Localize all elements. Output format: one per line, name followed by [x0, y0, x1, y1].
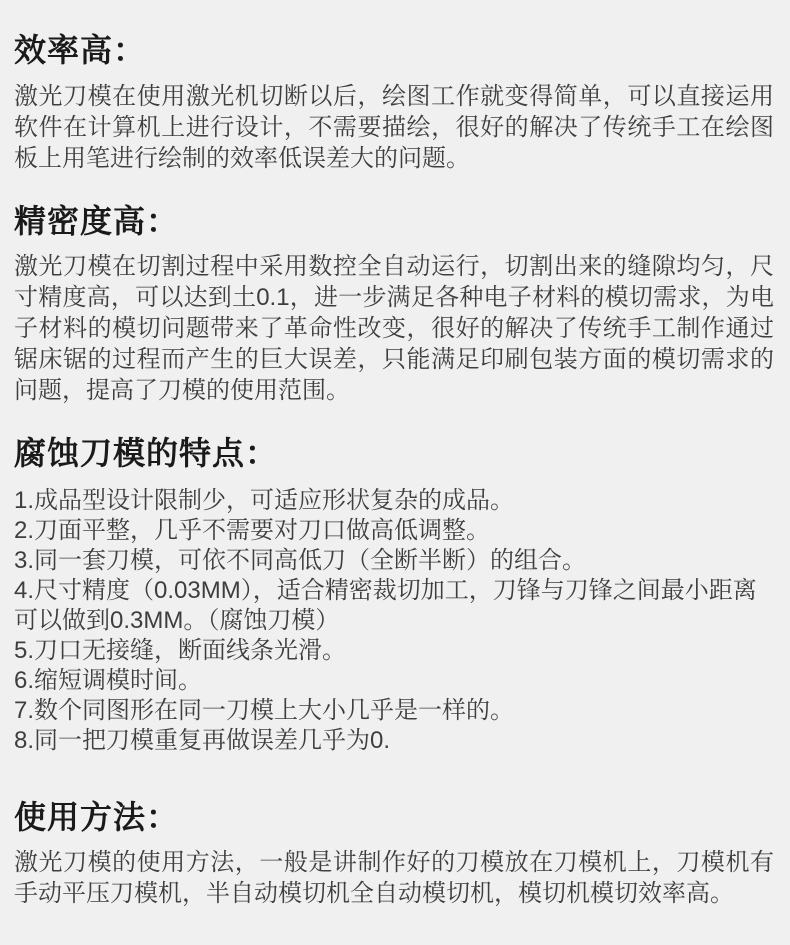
efficiency-heading: 效率高： [14, 34, 774, 68]
feature-item-1: 1.成品型设计限制少，可适应形状复杂的成品。 [14, 486, 774, 516]
feature-item-8: 8.同一把刀模重复再做误差几乎为0. [14, 726, 774, 756]
section-usage: 使用方法： 激光刀模的使用方法，一般是讲制作好的刀模放在刀模机上，刀模机有手动平… [14, 801, 774, 910]
feature-item-7: 7.数个同图形在同一刀模上大小几乎是一样的。 [14, 696, 774, 726]
usage-heading: 使用方法： [14, 801, 774, 835]
feature-item-2: 2.刀面平整，几乎不需要对刀口做高低调整。 [14, 516, 774, 546]
efficiency-paragraph: 激光刀模在使用激光机切断以后，绘图工作就变得简单，可以直接运用软件在计算机上进行… [14, 81, 774, 174]
feature-item-6: 6.缩短调模时间。 [14, 666, 774, 696]
feature-item-4: 4.尺寸精度（0.03MM），适合精密裁切加工，刀锋与刀锋之间最小距离可以做到0… [14, 576, 774, 636]
section-features: 腐蚀刀模的特点： 1.成品型设计限制少，可适应形状复杂的成品。 2.刀面平整，几… [14, 437, 774, 756]
usage-paragraph: 激光刀模的使用方法，一般是讲制作好的刀模放在刀模机上，刀模机有手动平压刀模机，半… [14, 847, 774, 909]
feature-item-3: 3.同一套刀模，可依不同高低刀（全断半断）的组合。 [14, 546, 774, 576]
section-precision: 精密度高： 激光刀模在切割过程中采用数控全自动运行，切割出来的缝隙均匀，尺寸精度… [14, 205, 774, 407]
feature-item-5: 5.刀口无接缝，断面线条光滑。 [14, 636, 774, 666]
precision-heading: 精密度高： [14, 205, 774, 239]
article-page: 效率高： 激光刀模在使用激光机切断以后，绘图工作就变得简单，可以直接运用软件在计… [0, 0, 790, 945]
precision-paragraph: 激光刀模在切割过程中采用数控全自动运行，切割出来的缝隙均匀，尺寸精度高，可以达到… [14, 251, 774, 406]
features-heading: 腐蚀刀模的特点： [14, 437, 774, 471]
feature-list: 1.成品型设计限制少，可适应形状复杂的成品。 2.刀面平整，几乎不需要对刀口做高… [14, 486, 774, 756]
section-efficiency: 效率高： 激光刀模在使用激光机切断以后，绘图工作就变得简单，可以直接运用软件在计… [14, 34, 774, 174]
